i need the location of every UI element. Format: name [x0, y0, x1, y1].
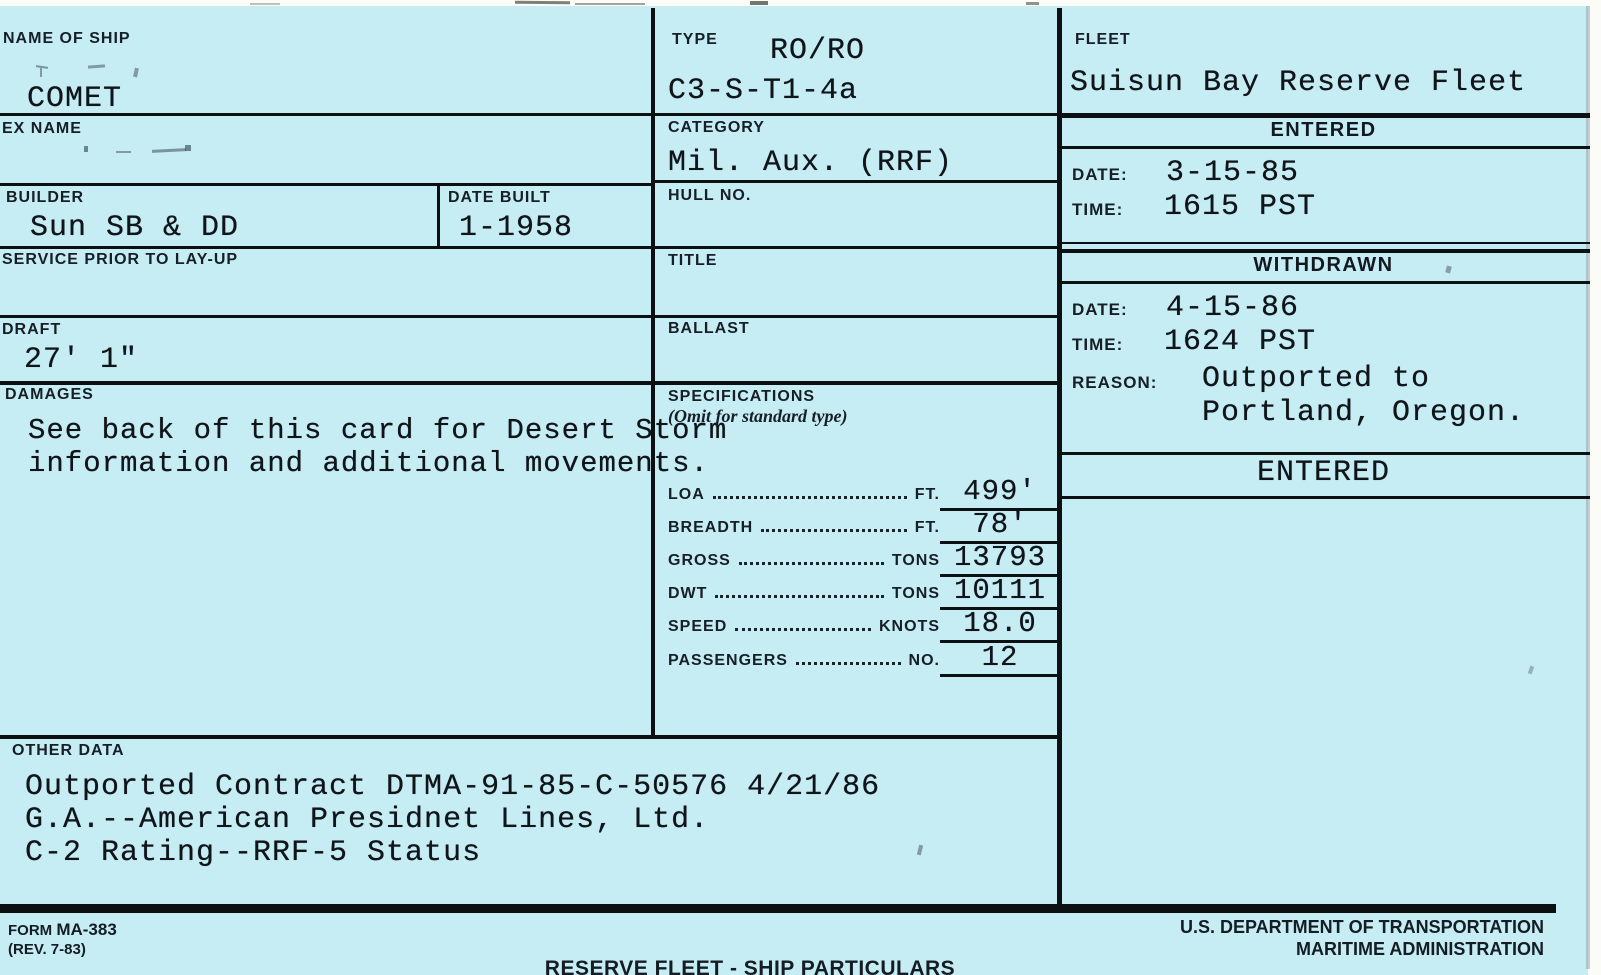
spec-row-passengers: PASSENGERS NO. 12	[668, 644, 1060, 677]
entered-time-value: 1615 PST	[1164, 190, 1316, 224]
hull-no-label: HULL NO.	[668, 187, 751, 205]
entered-time-label: TIME:	[1072, 200, 1123, 220]
type-label: TYPE	[672, 31, 718, 49]
category-value: Mil. Aux. (RRF)	[668, 146, 953, 180]
form-number: MA-383	[56, 920, 116, 939]
title-label: TITLE	[668, 252, 717, 270]
withdrawn-reason-line-1: Outported to	[1202, 362, 1430, 396]
spec-row-breadth: BREADTH FT. 78'	[668, 511, 1060, 544]
agency-line-1: U.S. DEPARTMENT OF TRANSPORTATION	[1060, 917, 1544, 938]
entered-second-section-header: ENTERED	[1057, 456, 1590, 490]
rule-under-category	[651, 180, 1060, 183]
entered-date-label: DATE:	[1072, 165, 1128, 185]
rule-under-name-row	[0, 113, 1057, 116]
entered-section-header: ENTERED	[1057, 119, 1590, 142]
rule-above-builder	[0, 183, 651, 186]
rule-above-damages	[0, 381, 1060, 385]
spec-row-loa: LOA FT. 499'	[668, 478, 1060, 511]
torn-edge-mark	[515, 1, 570, 5]
rule-entered2-top	[1057, 452, 1590, 455]
service-prior-label: SERVICE PRIOR TO LAY-UP	[2, 251, 238, 269]
agency-line-2: MARITIME ADMINISTRATION	[1060, 939, 1544, 960]
torn-edge-mark	[250, 3, 280, 5]
form-prefix: FORM	[8, 922, 56, 939]
withdrawn-date-value: 4-15-86	[1166, 291, 1299, 325]
leader-dots	[796, 662, 901, 665]
pencil-mark	[84, 146, 88, 152]
pencil-mark	[40, 68, 42, 77]
spec-speed-label: SPEED	[668, 618, 727, 643]
fleet-label: FLEET	[1075, 31, 1131, 49]
spec-breadth-unit: FT.	[915, 519, 940, 544]
pencil-mark	[116, 151, 131, 153]
spec-row-speed: SPEED KNOTS 18.0	[668, 610, 1060, 643]
leader-dots	[713, 496, 907, 499]
withdrawn-reason-label: REASON:	[1072, 373, 1157, 393]
column-divider-left-middle	[651, 8, 655, 737]
type-design-code-value: C3-S-T1-4a	[668, 74, 858, 108]
rule-withdrawn-banner-top	[1057, 249, 1590, 253]
spec-dwt-label: DWT	[668, 585, 707, 610]
damages-label: DAMAGES	[5, 386, 94, 404]
other-data-line-2: G.A.--American Presidnet Lines, Ltd.	[25, 803, 709, 837]
spec-row-gross: GROSS TONS 13793	[668, 544, 1060, 577]
withdrawn-time-value: 1624 PST	[1164, 325, 1316, 359]
specifications-label: SPECIFICATIONS	[668, 388, 815, 406]
spec-loa-label: LOA	[668, 486, 705, 511]
pencil-mark	[185, 145, 191, 151]
spec-loa-value: 499'	[940, 475, 1060, 511]
spec-gross-unit: TONS	[892, 552, 940, 577]
ballast-label: BALLAST	[668, 320, 750, 338]
rule-entered-banner-top	[1057, 113, 1590, 118]
builder-label: BUILDER	[6, 189, 84, 207]
torn-edge-mark	[750, 1, 768, 5]
spec-speed-unit: KNOTS	[879, 618, 940, 643]
rule-above-draft	[0, 315, 1060, 318]
spec-passengers-label: PASSENGERS	[668, 652, 788, 677]
spec-gross-label: GROSS	[668, 552, 731, 577]
scanned-ship-particulars-card: NAME OF SHIP COMET EX NAME BUILDER Sun S…	[0, 0, 1601, 975]
builder-value: Sun SB & DD	[30, 211, 239, 245]
rule-withdrawn-banner-top-outer	[1057, 242, 1590, 244]
damages-line-1: See back of this card for Desert Storm	[28, 414, 727, 447]
spec-breadth-value: 78'	[940, 508, 1060, 544]
rule-entered2-bottom	[1057, 496, 1590, 499]
date-built-value: 1-1958	[459, 211, 573, 245]
entered-date-value: 3-15-85	[1166, 156, 1299, 190]
ex-name-label: EX NAME	[2, 120, 82, 138]
leader-dots	[739, 562, 884, 565]
rule-builder-datebuilt-divider	[437, 183, 440, 249]
spec-dwt-unit: TONS	[892, 585, 940, 610]
spec-row-dwt: DWT TONS 10111	[668, 577, 1060, 610]
spec-dwt-value: 10111	[940, 574, 1060, 610]
name-of-ship-value: COMET	[27, 82, 122, 116]
category-label: CATEGORY	[668, 119, 765, 137]
name-of-ship-label: NAME OF SHIP	[3, 30, 131, 48]
date-built-label: DATE BUILT	[448, 189, 551, 207]
withdrawn-section-header: WITHDRAWN	[1057, 254, 1590, 277]
rule-bottom-heavy	[0, 904, 1556, 913]
leader-dots	[761, 529, 907, 532]
leader-dots	[735, 628, 871, 631]
form-revision: (REV. 7-83)	[8, 941, 86, 958]
column-divider-middle-right	[1057, 8, 1062, 907]
form-number-line: FORM MA-383	[8, 920, 117, 940]
torn-edge-mark	[575, 3, 645, 5]
other-data-label: OTHER DATA	[12, 742, 125, 760]
spec-passengers-unit: NO.	[909, 652, 940, 677]
rule-above-other-data	[0, 735, 1060, 739]
specifications-note: (Omit for standard type)	[668, 406, 848, 427]
spec-passengers-value: 12	[940, 641, 1060, 677]
withdrawn-reason-line-2: Portland, Oregon.	[1202, 396, 1525, 430]
type-design-value: RO/RO	[770, 34, 865, 68]
other-data-line-3: C-2 Rating--RRF-5 Status	[25, 836, 481, 870]
fleet-value: Suisun Bay Reserve Fleet	[1070, 66, 1526, 100]
other-data-line-1: Outported Contract DTMA-91-85-C-50576 4/…	[25, 770, 880, 804]
spec-gross-value: 13793	[940, 541, 1060, 577]
spec-breadth-label: BREADTH	[668, 519, 753, 544]
spec-loa-unit: FT.	[915, 486, 940, 511]
rule-above-service	[0, 246, 1060, 249]
rule-entered-banner-bottom	[1057, 146, 1590, 149]
withdrawn-date-label: DATE:	[1072, 300, 1128, 320]
torn-edge-mark	[1026, 2, 1039, 5]
draft-value: 27' 1"	[24, 343, 138, 377]
withdrawn-time-label: TIME:	[1072, 335, 1123, 355]
spec-speed-value: 18.0	[940, 607, 1060, 643]
draft-label: DRAFT	[2, 321, 61, 339]
damages-line-2: information and additional movements.	[28, 447, 709, 480]
rule-withdrawn-banner-bottom	[1057, 281, 1590, 284]
leader-dots	[715, 595, 883, 598]
card-title: RESERVE FLEET - SHIP PARTICULARS	[400, 957, 1100, 975]
